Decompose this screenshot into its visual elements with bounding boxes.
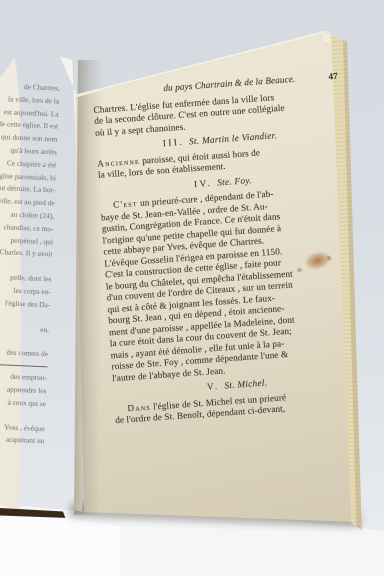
left-page-line-fragment: à ceux qui se (0, 395, 46, 410)
left-page-line-fragment: ville, est au pied de (0, 195, 55, 210)
page-number: 47 (328, 71, 340, 83)
footnote-rule (0, 364, 48, 367)
book-photo-scene: de Chartres,la ville, lors de laest aujo… (0, 0, 384, 576)
left-page-line-fragment: l'église des Da- (0, 297, 50, 312)
left-page-line-fragment: acquittant un (0, 433, 45, 448)
left-page-line-fragment: des comtes de (0, 346, 48, 361)
left-page-line-fragment: qui donne son nom (0, 131, 58, 146)
left-page-text-fragments: de Chartres,la ville, lors de laest aujo… (0, 80, 60, 448)
body-lines: Chartres. L'église fut enfermée dans la … (93, 87, 363, 427)
left-page-line-fragment: chandise, ce mo- (0, 221, 54, 236)
left-page-line-fragment: en. (0, 321, 49, 336)
left-page-line-fragment: Charles. Il y avoit (0, 246, 53, 261)
left-page-line-fragment: apprendre les (0, 383, 47, 398)
text-block: du pays Chartrain & de la Beauce. 47 Cha… (92, 71, 363, 427)
